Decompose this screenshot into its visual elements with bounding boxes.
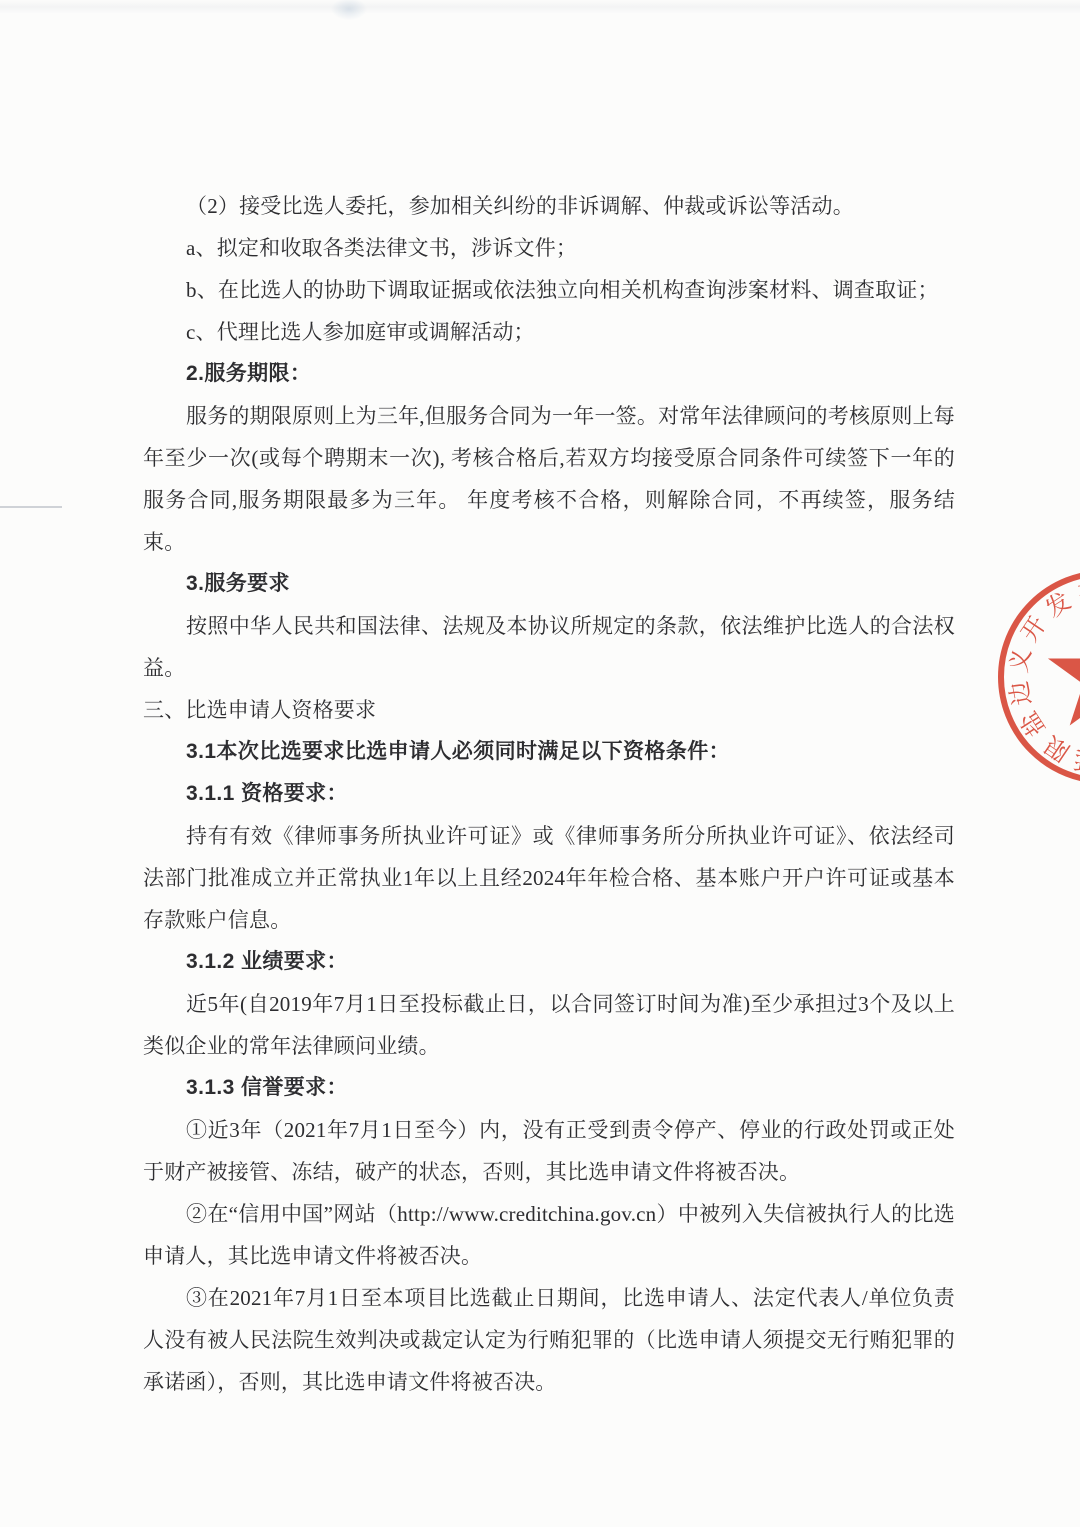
seal-character: 延 [1071, 744, 1080, 776]
seal-character: 边 [1006, 679, 1037, 708]
heading-3-1-3-credit: 3.1.3 信誉要求： [143, 1067, 955, 1109]
document-body: （2）接受比选人委托，参加相关纠纷的非诉调解、仲裁或诉讼等活动。a、拟定和收取各… [143, 185, 955, 1403]
heading-3-1-1-qualification: 3.1.1 资格要求： [143, 773, 955, 815]
seal-character: 义 [1006, 646, 1037, 675]
heading-service-requirement: 3.服务要求 [143, 563, 955, 605]
official-seal-stamp: 有发开义边盐限延 [955, 527, 1080, 827]
heading-section-3-applicant-qualification: 三、比选申请人资格要求 [143, 689, 955, 731]
heading-3-1: 3.1本次比选要求比选申请人必须同时满足以下资格条件： [143, 731, 955, 773]
para-credit-requirement-2: ②在“信用中国”网站（http://www.creditchina.gov.cn… [143, 1193, 955, 1277]
scan-band-artifact [0, 0, 1080, 14]
star-icon [1048, 617, 1080, 726]
seal-arc-text: 有发开义边盐限延 [1006, 577, 1080, 776]
para-service-term: 服务的期限原则上为三年,但服务合同为一年一签。对常年法律顾问的考核原则上每年至少… [143, 395, 955, 563]
clause-c: c、代理比选人参加庭审或调解活动； [143, 311, 955, 353]
para-credit-requirement-3: ③在2021年7月1日至本项目比选截止日期间，比选申请人、法定代表人/单位负责人… [143, 1277, 955, 1403]
heading-3-1-2-performance: 3.1.2 业绩要求： [143, 941, 955, 983]
seal-character: 有 [1076, 577, 1080, 608]
heading-service-term: 2.服务期限： [143, 353, 955, 395]
clause-a: a、拟定和收取各类法律文书，涉诉文件； [143, 227, 955, 269]
para-qualification-requirement: 持有有效《律师事务所执业许可证》或《律师事务所分所执业许可证》、依法经司法部门批… [143, 815, 955, 941]
document-page: （2）接受比选人委托，参加相关纠纷的非诉调解、仲裁或诉讼等活动。a、拟定和收取各… [0, 0, 1080, 1527]
para-performance-requirement: 近5年(自2019年7月1日至投标截止日，以合同签订时间为准)至少承担过3个及以… [143, 983, 955, 1067]
para-credit-requirement-1: ①近3年（2021年7月1日至今）内，没有正受到责令停产、停业的行政处罚或正处于… [143, 1109, 955, 1193]
clause-2-intro: （2）接受比选人委托，参加相关纠纷的非诉调解、仲裁或诉讼等活动。 [143, 185, 955, 227]
scan-smudge-artifact [325, 0, 373, 24]
scan-streak-artifact [0, 506, 62, 508]
para-service-requirement: 按照中华人民共和国法律、法规及本协议所规定的条款，依法维护比选人的合法权益。 [143, 605, 955, 689]
clause-b: b、在比选人的协助下调取证据或依法独立向相关机构查询涉案材料、调查取证； [143, 269, 955, 311]
